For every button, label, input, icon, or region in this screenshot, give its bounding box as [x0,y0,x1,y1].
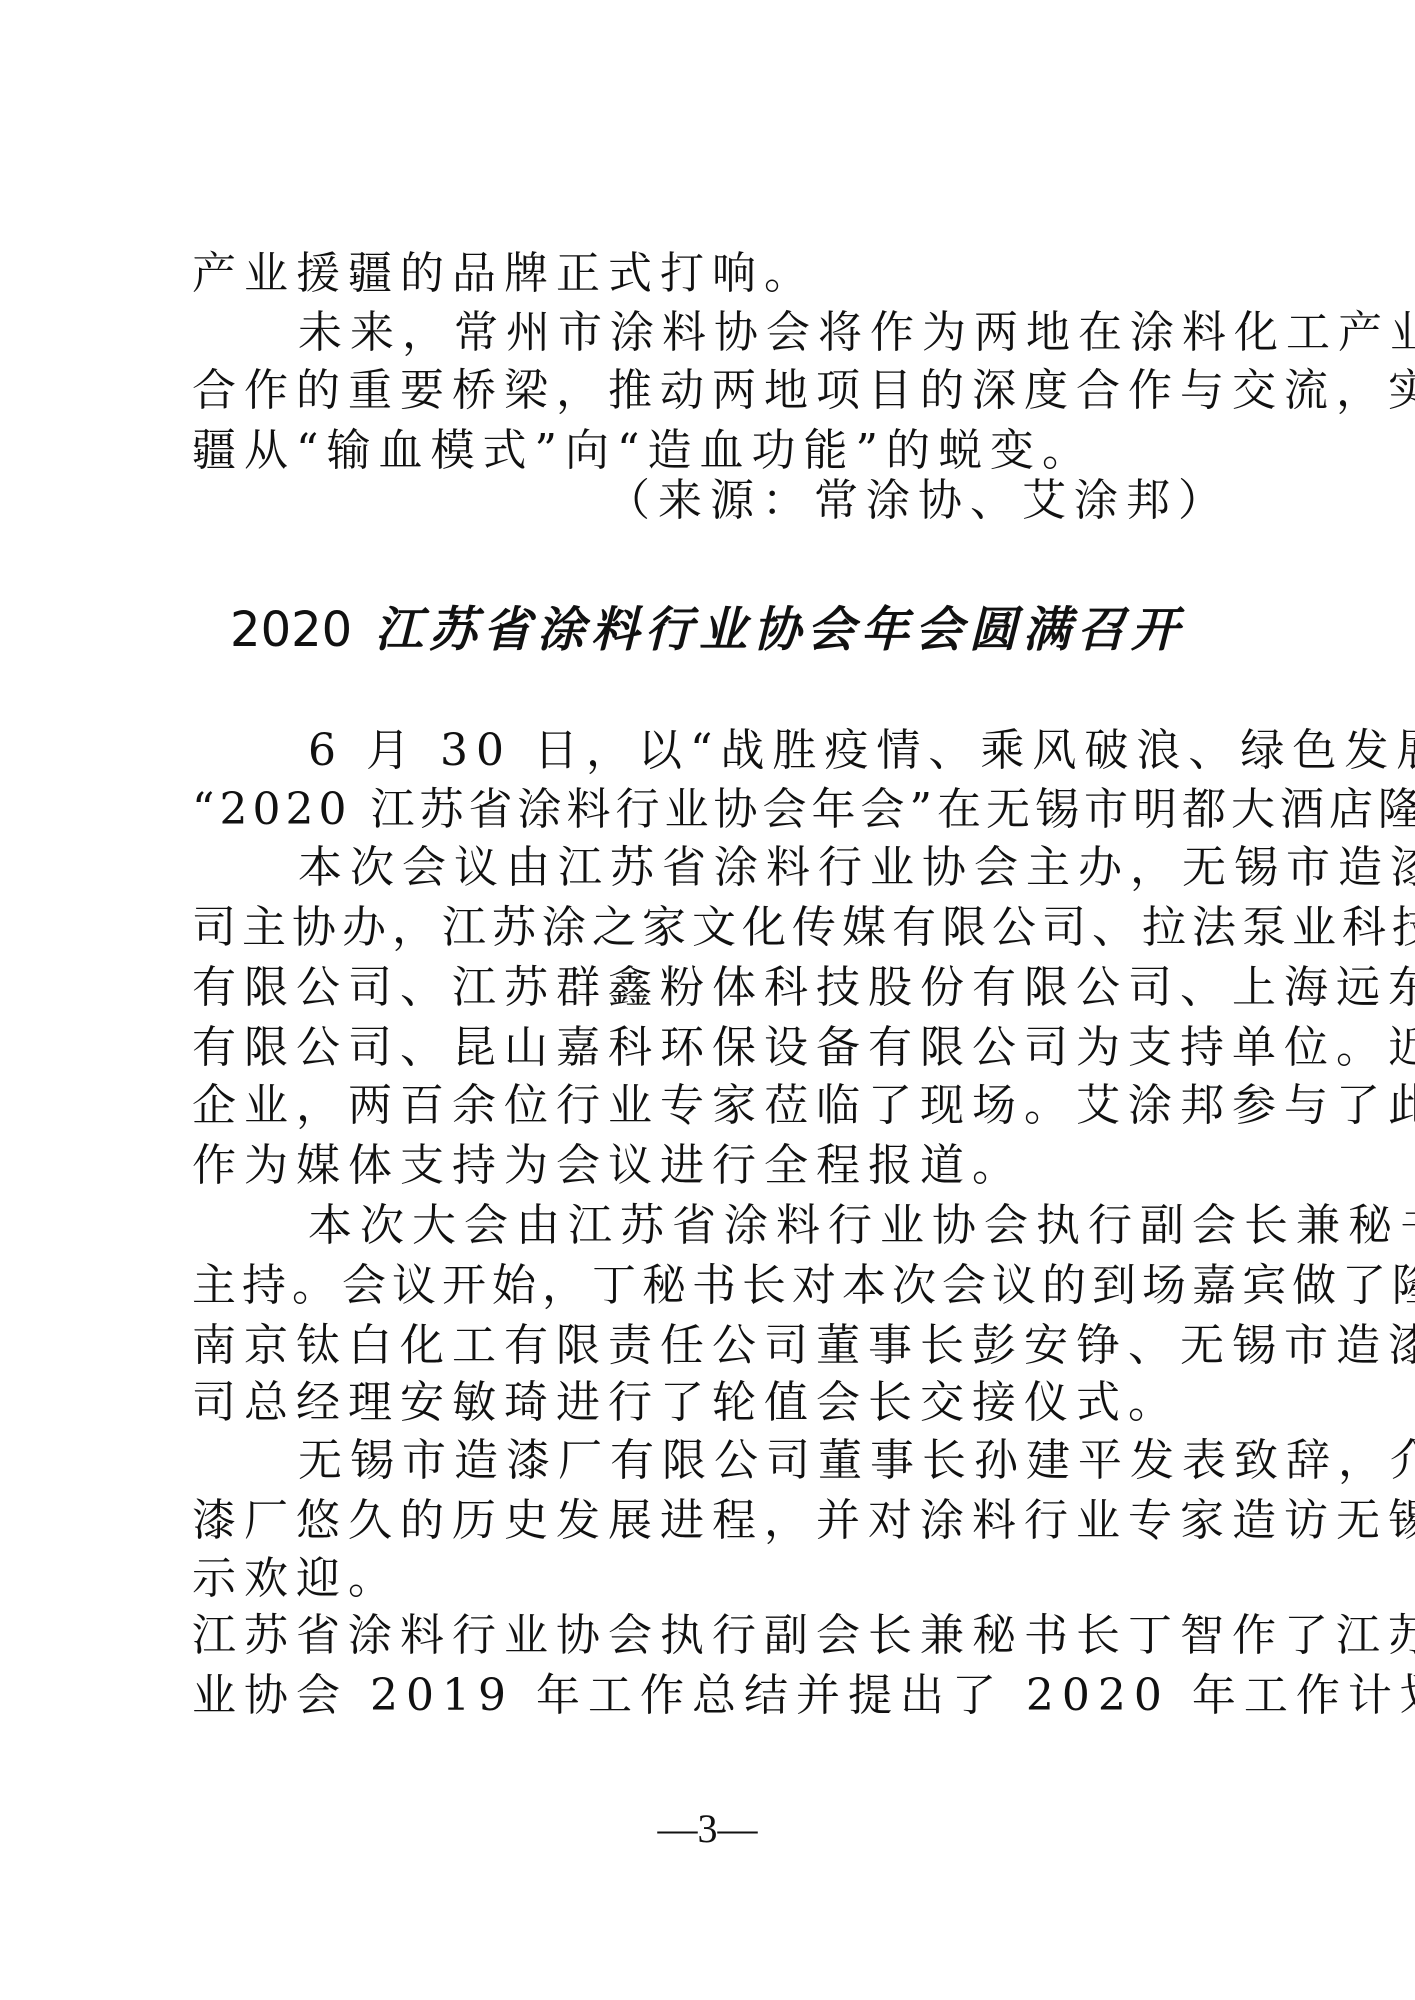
paragraph-line: 司总经理安敏琦进行了轮值会长交接仪式。 [192,1373,1252,1432]
paragraph-line: 本次大会由江苏省涂料行业协会执行副会长兼秘书长丁智 [192,1196,1368,1255]
paragraph-line: 有限公司、江苏群鑫粉体科技股份有限公司、上海远东国际租赁 [192,958,1252,1017]
paragraph-line: 有限公司、昆山嘉科环保设备有限公司为支持单位。近百家涂料 [192,1018,1252,1077]
paragraph-line: 南京钛白化工有限责任公司董事长彭安铮、无锡市造漆厂有限公 [192,1316,1252,1375]
paragraph-line: “2020 江苏省涂料行业协会年会”在无锡市明都大酒店隆重召开。 [192,780,1252,839]
paragraph-line: 漆厂悠久的历史发展进程，并对涂料行业专家造访无锡造漆厂表 [192,1491,1252,1550]
paragraph-line: 本次会议由江苏省涂料行业协会主办，无锡市造漆厂有限公 [192,838,1358,897]
paragraph-line: 合作的重要桥梁，推动两地项目的深度合作与交流，实现常州援 [192,361,1252,420]
paragraph-line: 6 月 30 日，以“战胜疫情、乘风破浪、绿色发展”为主题的 [192,721,1368,780]
paragraph-line: 示欢迎。 [192,1549,1252,1608]
paragraph-line: 业协会 2019 年工作总结并提出了 2020 年工作计划。 [192,1666,1252,1725]
article-title-text: 江苏省涂料行业协会年会圆满召开 [375,602,1185,658]
paragraph-line: 未来，常州市涂料协会将作为两地在涂料化工产业方面交流 [192,303,1358,362]
paragraph-line: 作为媒体支持为会议进行全程报道。 [192,1136,1252,1195]
paragraph-line: 产业援疆的品牌正式打响。 [192,244,1252,303]
article-title-year: 2020 [230,602,352,658]
paragraph-line: 主持。会议开始，丁秘书长对本次会议的到场嘉宾做了隆重介绍。 [192,1256,1252,1315]
paragraph-line: 企业，两百余位行业专家莅临了现场。艾涂邦参与了此次会议并 [192,1076,1252,1135]
page-number: —3— [0,1805,1415,1852]
paragraph-line: 无锡市造漆厂有限公司董事长孙建平发表致辞，介绍无锡造 [192,1431,1358,1490]
article-title: 2020 江苏省涂料行业协会年会圆满召开 [0,600,1415,660]
paragraph-line: 江苏省涂料行业协会执行副会长兼秘书长丁智作了江苏省涂料行 [192,1606,1252,1665]
paragraph-line: 司主协办，江苏涂之家文化传媒有限公司、拉法泵业科技（宁波） [192,898,1252,957]
source-attribution: （来源：常涂协、艾涂邦） [606,471,1230,530]
